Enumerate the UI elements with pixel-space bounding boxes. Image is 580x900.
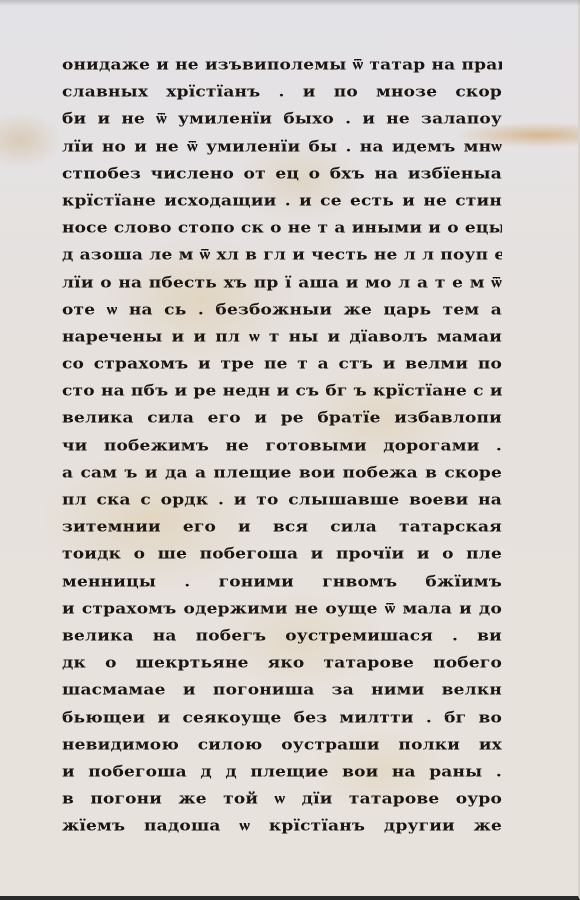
text-line: зитемнии его и вся сила татарская [62, 516, 502, 540]
text-line: менницы . гоними гнвомъ бжїимъ [62, 570, 502, 594]
text-line: наречены и и пл ѡ т ны и дїаволъ мамаи [62, 325, 502, 349]
text-line: и страхомъ одержими не оуще ѿ мала и до [62, 597, 502, 621]
text-line: шасмамае и погониша за ними велкн [62, 679, 502, 703]
text-line: славных хрїстїанъ . и по мнозе скор [62, 81, 502, 105]
text-line: оте ѡ на сь . безбожныи же царь тем а [62, 298, 502, 322]
text-line: невидимою силою оустраши полки их [62, 733, 502, 757]
text-line: бьющеи и сеякоуще без милтти . бг во [62, 706, 502, 730]
text-line: лїи но и не ѿ умиленїи бы . на идемъ мнѡ [62, 135, 502, 159]
manuscript-page: онидаже и не изъвиполемы ѿ татар на прав… [0, 0, 580, 900]
text-line: крїстїане исходащии . и се есть и не сти… [62, 189, 502, 213]
text-line: онидаже и не изъвиполемы ѿ татар на прав… [62, 53, 502, 77]
text-line: лїи о на пбесть хъ пр ї аша и мо л а т е… [62, 271, 502, 295]
text-line: жїемъ падоша ѡ крїстїанъ другии же [62, 815, 502, 839]
text-line: в погони же той ѡ дїи татарове оуро [62, 787, 502, 811]
text-line: носе слово стопо ск о не т а иными и о е… [62, 216, 502, 240]
text-line: велика на побегъ оустремишася . ви [62, 624, 502, 648]
text-line: и побегоша д д плещие вои на раны . [62, 760, 502, 784]
text-line: велика сила его и ре братїе избавлопи [62, 407, 502, 431]
text-line: а сам ъ и да а плещие вои побежа в скоре [62, 461, 502, 485]
text-line: чи побежимъ не готовыми дорогами . [62, 434, 502, 458]
manuscript-text-block: онидаже и не изъвиполемы ѿ татар на прав… [62, 52, 502, 840]
text-line: тоидк о ше побегоша и прочїи и о пле [62, 543, 502, 567]
text-line: со страхомъ и тре пе т а стъ и велми по [62, 352, 502, 376]
text-line: би и не ѿ умиленїи быхо . и не залапоу [62, 108, 502, 132]
text-line: сто на пбъ и ре недн и съ бг ъ крїстїане… [62, 380, 502, 404]
text-line: стпобез числено от ец о бхъ на избїеныа [62, 162, 502, 186]
text-line: дк о шекртьяне яко татарове побего [62, 651, 502, 675]
text-line: д азоша ле м ѿ хл в гл и честь не л л по… [62, 244, 502, 268]
text-line: пл ска с ордк . и то слышавше воеви на [62, 488, 502, 512]
page-top-edge [0, 0, 580, 6]
